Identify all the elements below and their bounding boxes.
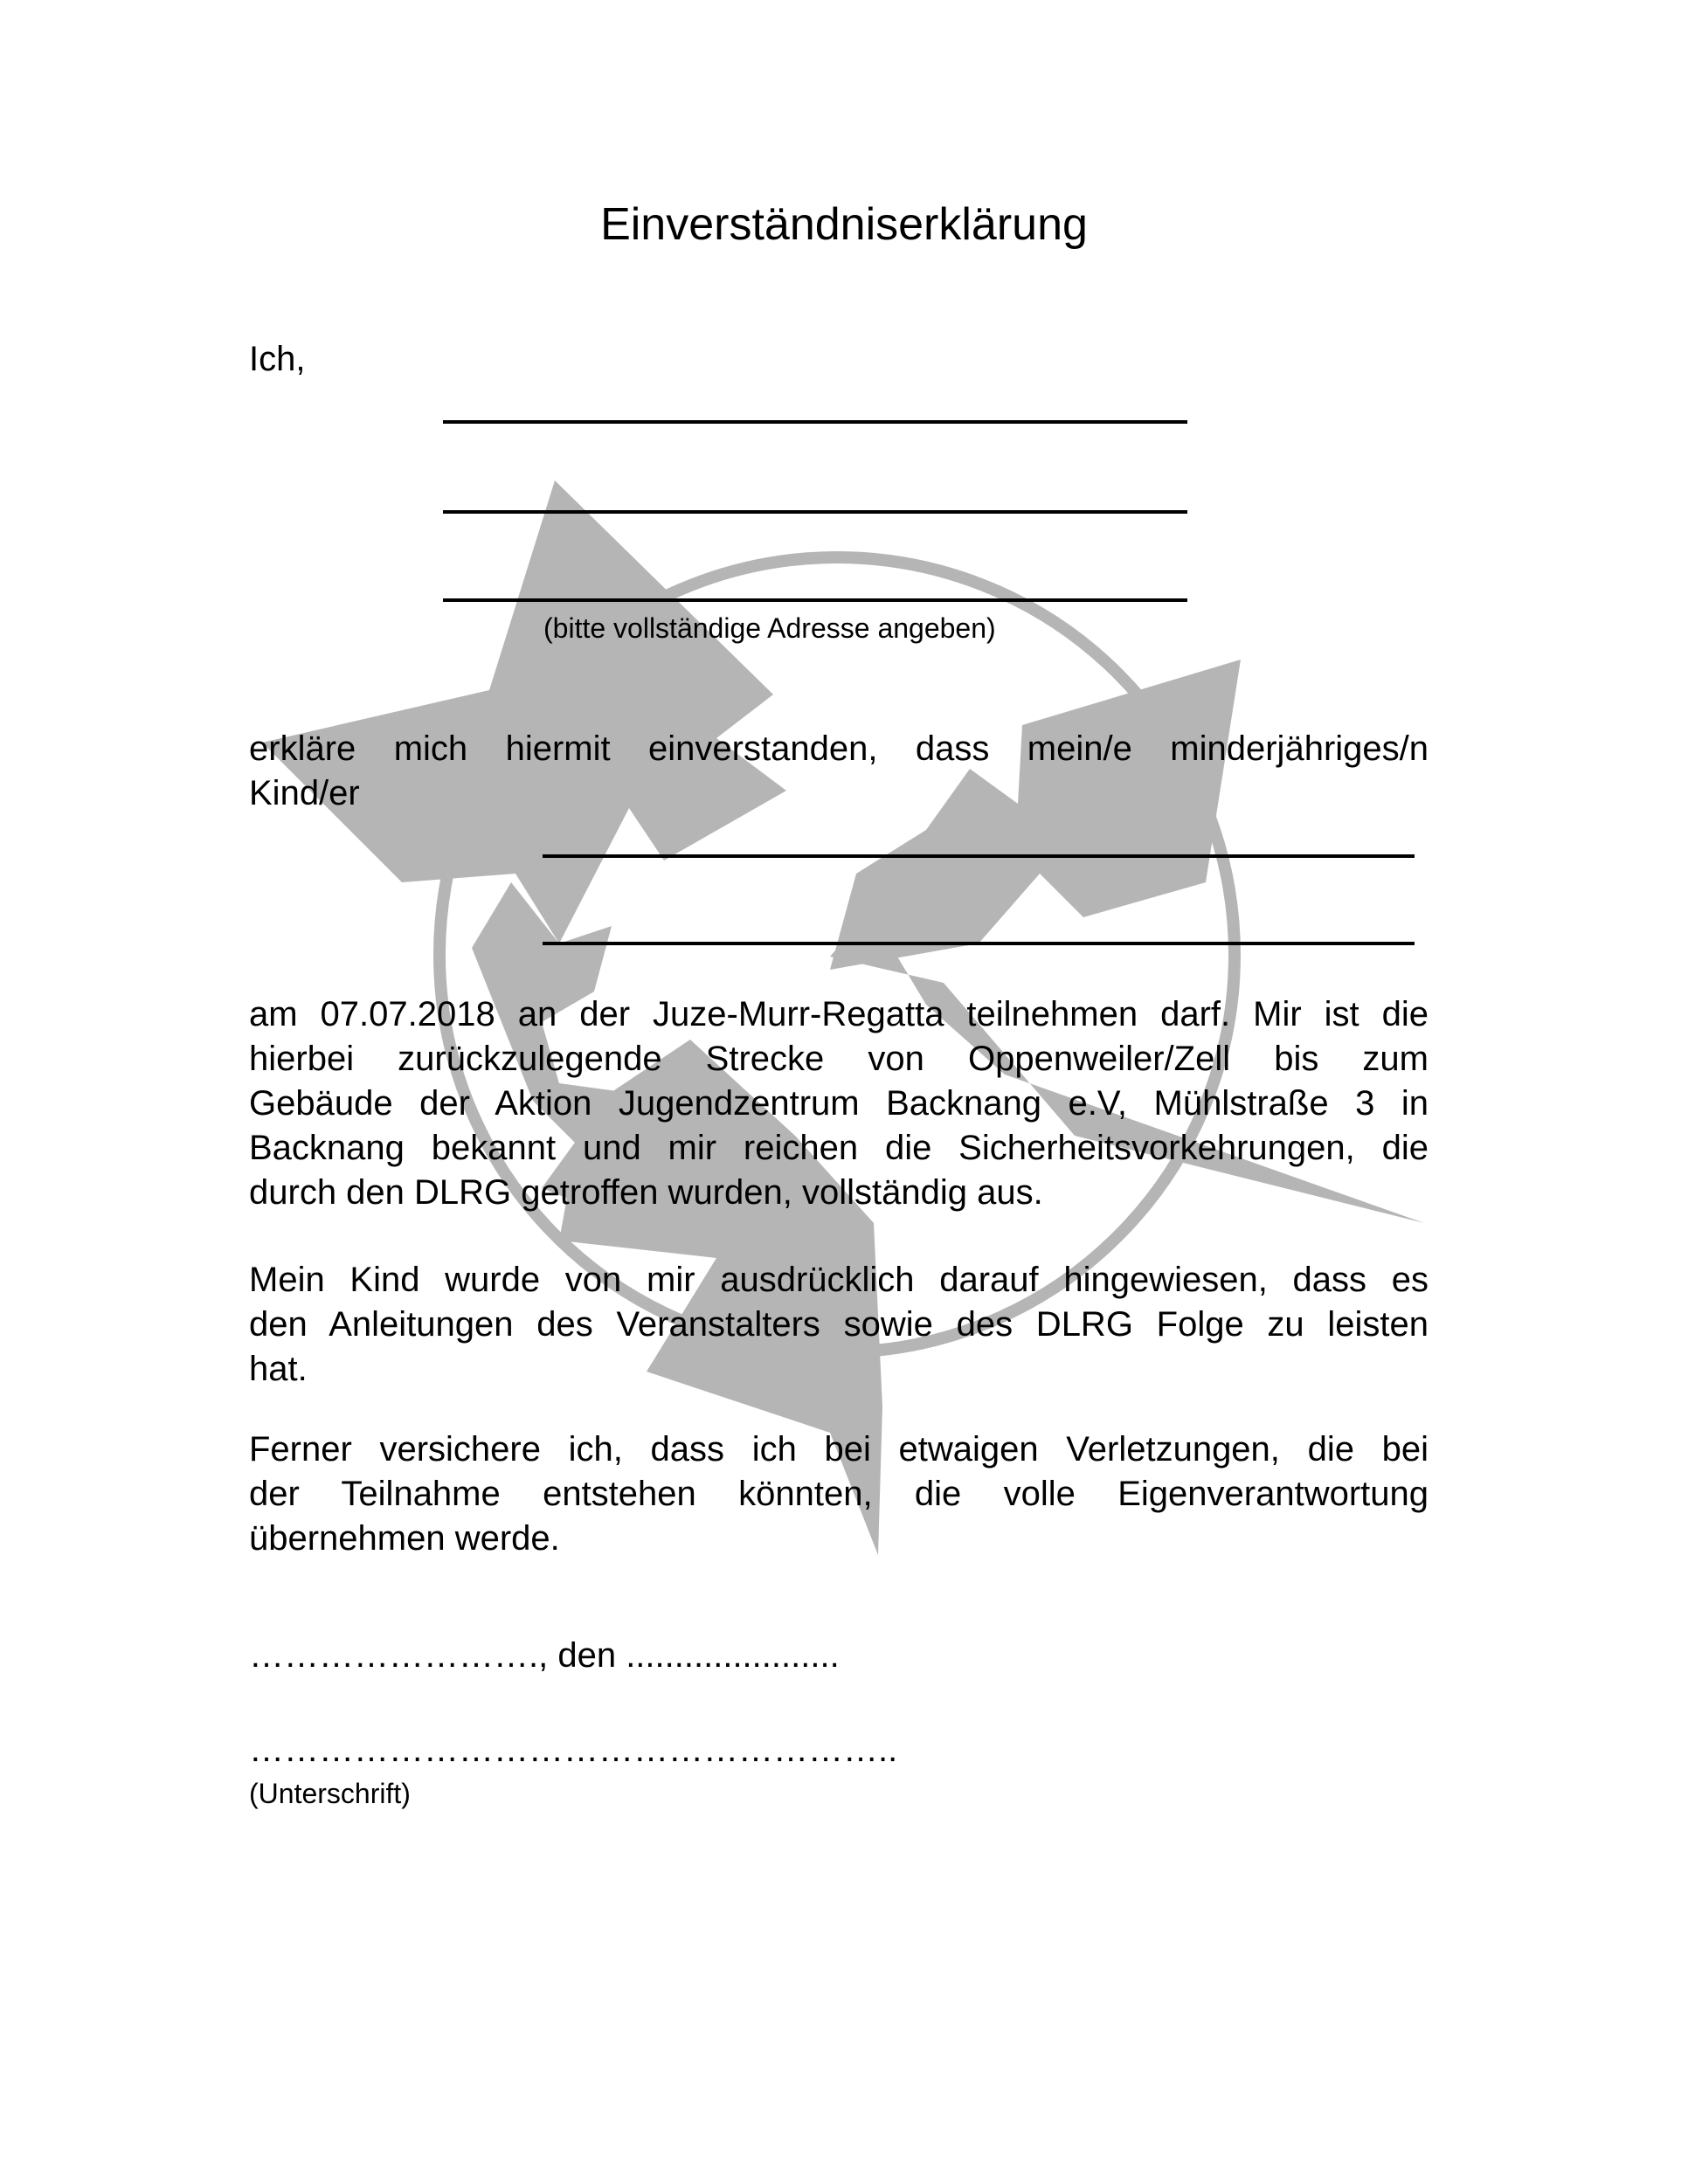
address-hint: (bitte vollständige Adresse angeben) [543,612,996,645]
place-date-field[interactable]: ……………………., den ...................... [249,1634,840,1678]
paragraph-line: Ferner versichere ich, dass ich bei etwa… [249,1427,1429,1472]
paragraph-instructions: Mein Kind wurde von mir ausdrücklich dar… [249,1258,1429,1392]
consent-line: Kind/er [249,771,1429,816]
consent-statement: erkläre mich hiermit einverstanden, dass… [249,727,1429,816]
signature-label: (Unterschrift) [249,1777,411,1810]
paragraph-line: am 07.07.2018 an der Juze-Murr-Regatta t… [249,992,1429,1037]
paragraph-line: hierbei zurückzulegende Strecke von Oppe… [249,1037,1429,1082]
paragraph-line: übernehmen werde. [249,1517,1429,1561]
paragraph-line: Backnang bekannt und mir reichen die Sic… [249,1126,1429,1171]
paragraph-liability: Ferner versichere ich, dass ich bei etwa… [249,1427,1429,1561]
paragraph-line: den Anleitungen des Veranstalters sowie … [249,1303,1429,1347]
consent-line: erkläre mich hiermit einverstanden, dass… [249,727,1429,771]
page-title: Einverständniserklärung [0,197,1688,252]
address-line-3[interactable] [443,598,1187,602]
paragraph-line: Gebäude der Aktion Jugendzentrum Backnan… [249,1082,1429,1126]
address-line-2[interactable] [443,510,1187,514]
address-line-1[interactable] [443,420,1187,424]
paragraph-line: durch den DLRG getroffen wurden, vollstä… [249,1171,1429,1215]
paragraph-line: hat. [249,1347,1429,1392]
signature-field[interactable]: ……………………………………………….. [249,1728,897,1773]
paragraph-line: Mein Kind wurde von mir ausdrücklich dar… [249,1258,1429,1303]
child-name-line-2[interactable] [543,942,1415,945]
paragraph-event-details: am 07.07.2018 an der Juze-Murr-Regatta t… [249,992,1429,1215]
paragraph-line: der Teilnahme entstehen könnten, die vol… [249,1472,1429,1517]
intro-text: Ich, [249,337,305,382]
child-name-line-1[interactable] [543,854,1415,858]
